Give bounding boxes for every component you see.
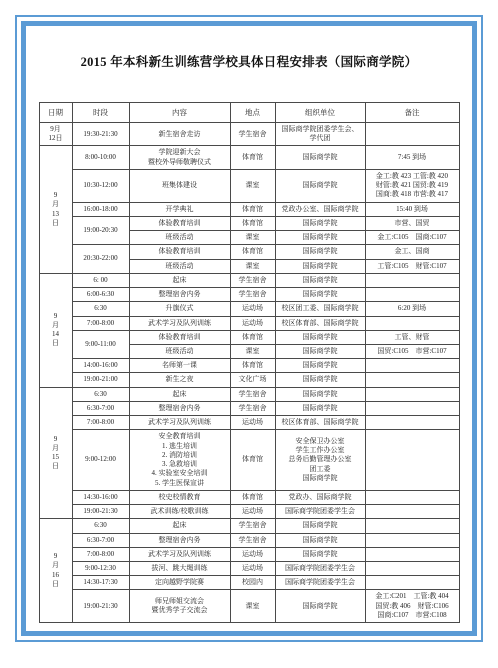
cell-time: 19:00-21:00 [72,373,129,387]
cell-note [365,288,459,302]
cell-note [365,519,459,533]
cell-org: 国际商学院 [275,387,365,401]
cell-content: 整理宿舍内务 [129,401,230,415]
cell-org: 校区体育部、国际商学院 [275,416,365,430]
table-row: 14:00-16:00名师第一课体育馆国际商学院 [39,359,459,373]
cell-content: 起床 [129,387,230,401]
cell-date: 9 月 16 日 [39,519,72,623]
cell-place: 学生宿舍 [230,123,275,146]
cell-place: 运动场 [230,561,275,575]
cell-content: 体验教育培训 [129,330,230,344]
cell-note [365,373,459,387]
cell-note: 工管、财管 [365,330,459,344]
cell-content: 武术学习及队列训练 [129,316,230,330]
cell-note [365,533,459,547]
cell-time: 6:30 [72,519,129,533]
cell-place: 体育馆 [230,359,275,373]
cell-org: 国际商学院团委学生会 [275,576,365,590]
cell-note [365,490,459,504]
table-row: 9 月 16 日6:30起床学生宿舍国际商学院 [39,519,459,533]
cell-org: 国际商学院 [275,533,365,547]
cell-note: 金工、国商 [365,245,459,259]
cell-time: 19:00-20:30 [72,216,129,244]
cell-time: 14:00-16:00 [72,359,129,373]
cell-org: 国际商学院 [275,590,365,623]
cell-place: 体育馆 [230,146,275,169]
cell-content: 新生之夜 [129,373,230,387]
cell-content: 定向越野学院赛 [129,576,230,590]
table-row: 9 月 13 日8:00-10:00学院迎新大会 暨校外导师敬聘仪式体育馆国际商… [39,146,459,169]
cell-place: 学生宿舍 [230,519,275,533]
cell-date: 9 月 13 日 [39,146,72,273]
cell-time: 9:00-12:30 [72,561,129,575]
cell-place: 体育馆 [230,430,275,490]
table-row: 9:00-12:00安全教育培训 1. 逃生培训 2. 消防培训 3. 急救培训… [39,430,459,490]
cell-time: 20:30-22:00 [72,245,129,273]
cell-date: 9 月 15 日 [39,387,72,519]
cell-content: 整理宿舍内务 [129,533,230,547]
cell-content: 班级活动 [129,231,230,245]
cell-org: 国际商学院 [275,359,365,373]
cell-time: 6:30-7:00 [72,401,129,415]
cell-time: 19:00-21:30 [72,590,129,623]
cell-note: 15:40 到场 [365,202,459,216]
cell-time: 14:30-16:00 [72,490,129,504]
cell-place: 运动场 [230,302,275,316]
col-header-place: 地点 [230,103,275,123]
cell-time: 19:00-21:30 [72,505,129,519]
cell-org: 党政办公室、国际商学院 [275,202,365,216]
cell-content: 班级活动 [129,259,230,273]
cell-time: 16:00-18:00 [72,202,129,216]
cell-org: 国际商学院 [275,344,365,358]
cell-time: 7:00-8:00 [72,416,129,430]
table-row: 7:00-8:00武术学习及队列训练运动场校区体育部、国际商学院 [39,316,459,330]
cell-note: 6:20 到场 [365,302,459,316]
table-row: 9:00-12:30拔河、跳大绳训练运动场国际商学院团委学生会 [39,561,459,575]
cell-org: 国际商学院 [275,401,365,415]
table-row: 9 月 14 日6: 00起床学生宿舍国际商学院 [39,273,459,287]
cell-place: 运动场 [230,416,275,430]
cell-org: 国际商学院 [275,373,365,387]
table-row: 10:30-12:00班集体建设课室国际商学院金工:教 423 工管:教 420… [39,169,459,202]
cell-time: 9:00-11:00 [72,330,129,358]
cell-org: 国际商学院 [275,330,365,344]
page-content: 2015 年本科新生训练营学校具体日程安排表（国际商学院） 日期 时段 内容 地… [0,0,498,668]
cell-org: 校区团工委、国际商学院 [275,302,365,316]
cell-org: 安全保卫办公室 学生工作办公室 总务后勤管理办公室 团工委 国际商学院 [275,430,365,490]
cell-place: 运动场 [230,505,275,519]
cell-content: 新生宿舍走访 [129,123,230,146]
cell-place: 运动场 [230,547,275,561]
cell-content: 班级活动 [129,344,230,358]
cell-time: 14:30-17:30 [72,576,129,590]
cell-place: 学生宿舍 [230,387,275,401]
cell-note: 市营、国贸 [365,216,459,230]
cell-content: 武术学习及队列训练 [129,547,230,561]
cell-note [365,547,459,561]
col-header-org: 组织单位 [275,103,365,123]
cell-org: 国际商学院团委学生会、 学代团 [275,123,365,146]
cell-place: 体育馆 [230,245,275,259]
col-header-date: 日期 [39,103,72,123]
cell-org: 国际商学院 [275,231,365,245]
cell-org: 国际商学院 [275,547,365,561]
cell-note [365,576,459,590]
table-row: 19:00-21:30师兄师姐交流会 暨优秀学子交流会课室国际商学院金工:C20… [39,590,459,623]
col-header-content: 内容 [129,103,230,123]
cell-content: 武术学习及队列训练 [129,416,230,430]
cell-time: 10:30-12:00 [72,169,129,202]
cell-content: 起床 [129,519,230,533]
table-row: 6:30升旗仪式运动场校区团工委、国际商学院6:20 到场 [39,302,459,316]
table-row: 16:00-18:00开学典礼体育馆党政办公室、国际商学院15:40 到场 [39,202,459,216]
cell-place: 学生宿舍 [230,533,275,547]
cell-place: 体育馆 [230,490,275,504]
cell-time: 9:00-12:00 [72,430,129,490]
table-row: 7:00-8:00武术学习及队列训练运动场国际商学院 [39,547,459,561]
cell-place: 运动场 [230,316,275,330]
cell-place: 体育馆 [230,330,275,344]
cell-content: 师兄师姐交流会 暨优秀学子交流会 [129,590,230,623]
document-page: 2015 年本科新生训练营学校具体日程安排表（国际商学院） 日期 时段 内容 地… [0,0,498,668]
cell-note [365,387,459,401]
cell-place: 课室 [230,169,275,202]
cell-org: 党政办、国际商学院 [275,490,365,504]
table-row: 20:30-22:00体验教育培训体育馆国际商学院金工、国商 [39,245,459,259]
cell-date: 9月 12日 [39,123,72,146]
cell-date: 9 月 14 日 [39,273,72,387]
table-header-row: 日期 时段 内容 地点 组织单位 备注 [39,103,459,123]
cell-time: 6:30 [72,302,129,316]
cell-place: 课室 [230,231,275,245]
cell-place: 学生宿舍 [230,288,275,302]
col-header-note: 备注 [365,103,459,123]
table-row: 9 月 15 日6:30起床学生宿舍国际商学院 [39,387,459,401]
cell-place: 体育馆 [230,216,275,230]
cell-content: 安全教育培训 1. 逃生培训 2. 消防培训 3. 急救培训 4. 实验室安全培… [129,430,230,490]
table-row: 19:00-21:30武术训练/校歌训练运动场国际商学院团委学生会 [39,505,459,519]
cell-org: 国际商学院 [275,245,365,259]
cell-org: 国际商学院 [275,216,365,230]
cell-time: 7:00-8:00 [72,547,129,561]
cell-note [365,561,459,575]
cell-note: 金工:教 423 工管:教 420 财管:教 421 国贸:教 419 国商:教… [365,169,459,202]
cell-content: 班集体建设 [129,169,230,202]
table-row: 14:30-16:00校史校情教育体育馆党政办、国际商学院 [39,490,459,504]
cell-note: 国贸:C105 市营:C107 [365,344,459,358]
cell-time: 8:00-10:00 [72,146,129,169]
cell-content: 起床 [129,273,230,287]
cell-note [365,401,459,415]
cell-org: 国际商学院 [275,146,365,169]
table-row: 9月 12日19:30-21:30新生宿舍走访学生宿舍国际商学院团委学生会、 学… [39,123,459,146]
cell-content: 学院迎新大会 暨校外导师敬聘仪式 [129,146,230,169]
cell-place: 体育馆 [230,202,275,216]
cell-note [365,359,459,373]
cell-place: 课室 [230,590,275,623]
col-header-time: 时段 [72,103,129,123]
cell-content: 体验教育培训 [129,245,230,259]
cell-place: 学生宿舍 [230,401,275,415]
table-row: 14:30-17:30定向越野学院赛校园内国际商学院团委学生会 [39,576,459,590]
cell-time: 6:00-6:30 [72,288,129,302]
cell-org: 国际商学院团委学生会 [275,505,365,519]
table-row: 6:30-7:00整理宿舍内务学生宿舍国际商学院 [39,533,459,547]
cell-time: 7:00-8:00 [72,316,129,330]
cell-org: 校区体育部、国际商学院 [275,316,365,330]
cell-note: 7:45 到场 [365,146,459,169]
cell-content: 校史校情教育 [129,490,230,504]
cell-org: 国际商学院 [275,288,365,302]
cell-time: 6: 00 [72,273,129,287]
document-title: 2015 年本科新生训练营学校具体日程安排表（国际商学院） [0,0,498,70]
cell-place: 课室 [230,259,275,273]
cell-note [365,416,459,430]
cell-time: 19:30-21:30 [72,123,129,146]
cell-note: 工管:C105 财管:C107 [365,259,459,273]
table-row: 19:00-20:30体验教育培训体育馆国际商学院市营、国贸 [39,216,459,230]
table-row: 9:00-11:00体验教育培训体育馆国际商学院工管、财管 [39,330,459,344]
schedule-table: 日期 时段 内容 地点 组织单位 备注 9月 12日19:30-21:30新生宿… [39,102,460,623]
cell-content: 名师第一课 [129,359,230,373]
cell-note: 金工:C201 工管:教 404 国贸:教 406 财管:C106 国商:C10… [365,590,459,623]
cell-note [365,123,459,146]
cell-org: 国际商学院 [275,519,365,533]
cell-note [365,316,459,330]
cell-content: 体验教育培训 [129,216,230,230]
cell-content: 整理宿舍内务 [129,288,230,302]
cell-note [365,273,459,287]
cell-content: 升旗仪式 [129,302,230,316]
cell-content: 武术训练/校歌训练 [129,505,230,519]
table-row: 19:00-21:00新生之夜文化广场国际商学院 [39,373,459,387]
cell-time: 6:30 [72,387,129,401]
table-row: 7:00-8:00武术学习及队列训练运动场校区体育部、国际商学院 [39,416,459,430]
cell-time: 6:30-7:00 [72,533,129,547]
cell-note [365,430,459,490]
cell-place: 课室 [230,344,275,358]
table-row: 6:00-6:30整理宿舍内务学生宿舍国际商学院 [39,288,459,302]
cell-content: 开学典礼 [129,202,230,216]
cell-org: 国际商学院团委学生会 [275,561,365,575]
cell-note: 金工:C105 国商:C107 [365,231,459,245]
cell-note [365,505,459,519]
cell-org: 国际商学院 [275,273,365,287]
cell-place: 校园内 [230,576,275,590]
cell-place: 学生宿舍 [230,273,275,287]
cell-org: 国际商学院 [275,259,365,273]
cell-place: 文化广场 [230,373,275,387]
table-row: 6:30-7:00整理宿舍内务学生宿舍国际商学院 [39,401,459,415]
cell-content: 拔河、跳大绳训练 [129,561,230,575]
cell-org: 国际商学院 [275,169,365,202]
